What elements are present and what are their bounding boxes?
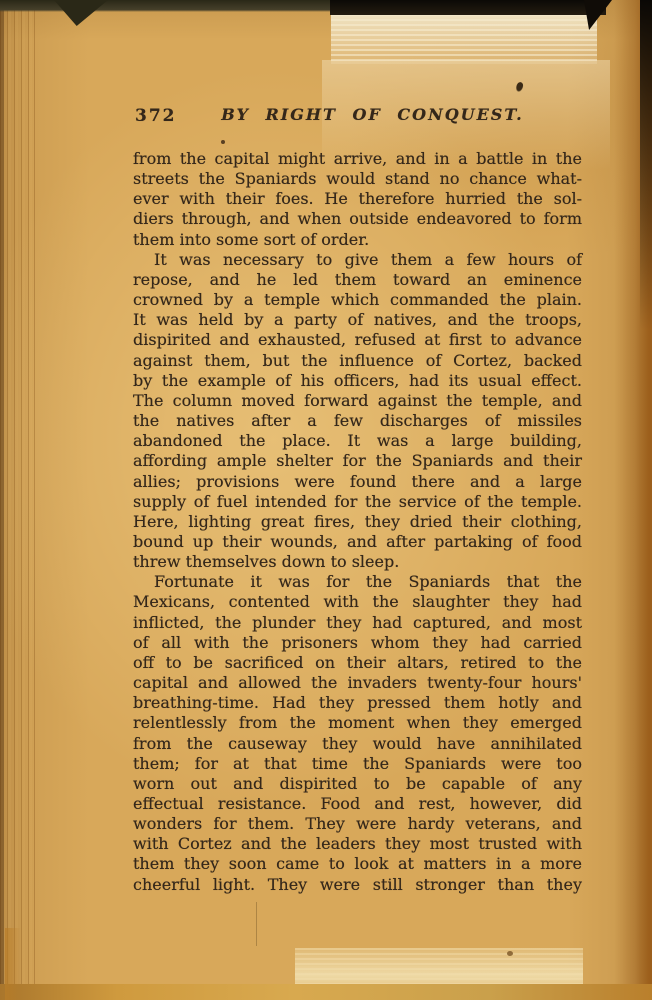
text-line: bound up their wounds, and after partaki… [133, 532, 582, 552]
page-edge-bottom [0, 984, 652, 1000]
text-line: wonders for them. They were hardy vetera… [133, 814, 582, 834]
text-line: inflicted, the plunder they had captured… [133, 613, 582, 633]
text-line: relentlessly from the moment when they e… [133, 713, 582, 733]
text-line: It was held by a party of natives, and t… [133, 310, 582, 330]
text-line: diers through, and when outside endeavor… [133, 209, 582, 229]
text-line: threw themselves down to sleep. [133, 552, 582, 572]
paragraph: It was necessary to give them a few hour… [133, 250, 582, 573]
text-line: worn out and dispirited to be capable of… [133, 774, 582, 794]
text-line: repose, and he led them toward an eminen… [133, 270, 582, 290]
paper-highlight-top [331, 14, 597, 64]
text-line: capital and allowed the invaders twenty-… [133, 673, 582, 693]
text-line: dispirited and exhausted, refused at fir… [133, 330, 582, 350]
text-line: them they soon came to look at matters i… [133, 854, 582, 874]
page-edge-left-striations [0, 0, 34, 1000]
text-line: with Cortez and the leaders they most tr… [133, 834, 582, 854]
text-line: them; for at that time the Spaniards wer… [133, 754, 582, 774]
text-line: The column moved forward against the tem… [133, 391, 582, 411]
text-line: ever with their foes. He therefore hurri… [133, 189, 582, 209]
text-line: allies; provisions were found there and … [133, 472, 582, 492]
page-text: from the capital might arrive, and in a … [133, 149, 582, 895]
page-edge-top-wedge [54, 0, 108, 26]
text-line: from the capital might arrive, and in a … [133, 149, 582, 169]
paragraph: Fortunate it was for the Spaniards that … [133, 572, 582, 895]
page-crease-left [34, 0, 35, 1000]
page-edge-top-right [330, 0, 606, 15]
text-line: Fortunate it was for the Spaniards that … [133, 572, 582, 592]
text-line: Mexicans, contented with the slaughter t… [133, 592, 582, 612]
text-line: affording ample shelter for the Spaniard… [133, 451, 582, 471]
text-line: supply of fuel intended for the service … [133, 492, 582, 512]
text-line: breathing-time. Had they pressed them ho… [133, 693, 582, 713]
paragraph: from the capital might arrive, and in a … [133, 149, 582, 250]
ink-speck [221, 140, 225, 144]
running-title: BY RIGHT OF CONQUEST. [148, 105, 597, 124]
text-line: It was necessary to give them a few hour… [133, 250, 582, 270]
text-line: them into some sort of order. [133, 230, 582, 250]
book-page: 372 BY RIGHT OF CONQUEST. from the capit… [0, 0, 652, 1000]
text-line: the natives after a few discharges of mi… [133, 411, 582, 431]
page-edge-top-left [0, 0, 348, 12]
text-line: from the causeway they would have annihi… [133, 734, 582, 754]
text-line: cheerful light. They were still stronger… [133, 875, 582, 895]
text-line: crowned by a temple which commanded the … [133, 290, 582, 310]
text-line: Here, lighting great fires, they dried t… [133, 512, 582, 532]
text-line: by the example of his officers, had its … [133, 371, 582, 391]
text-line: of all with the prisoners whom they had … [133, 633, 582, 653]
text-line: effectual resistance. Food and rest, how… [133, 794, 582, 814]
text-line: against them, but the influence of Corte… [133, 351, 582, 371]
page-edge-right-top [640, 0, 652, 330]
page-edge-bottom-left-strip [5, 928, 21, 1000]
page-edge-left [0, 0, 4, 1000]
ink-speck [507, 951, 513, 956]
text-line: streets the Spaniards would stand no cha… [133, 169, 582, 189]
text-line: abandoned the place. It was a large buil… [133, 431, 582, 451]
text-line: off to be sacrificed on their altars, re… [133, 653, 582, 673]
page-header: 372 BY RIGHT OF CONQUEST. [133, 105, 582, 131]
paper-fiber-mark [256, 902, 257, 946]
